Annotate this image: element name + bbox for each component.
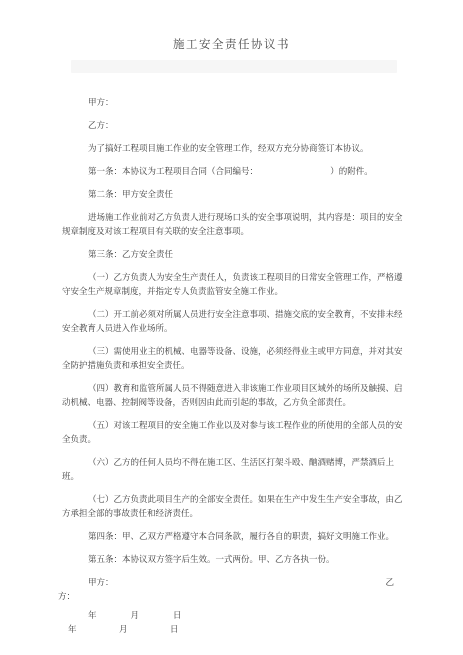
paragraph: （五）对该工程项目的安全施工作业以及对参与该工程作业的所使用的全部人员的安全负责… bbox=[62, 418, 408, 446]
paragraph: 第三条：乙方安全责任 bbox=[62, 247, 408, 261]
paragraph: （六）乙方的任何人员均不得在施工区、生活区打架斗殴、酗酒赌博，严禁酒后上班。 bbox=[62, 455, 408, 483]
signature-row: 甲方： 乙 bbox=[62, 575, 408, 589]
signature-block: 甲方： 乙 方： 年 月 日 年 月 日 bbox=[62, 575, 408, 636]
party-b-signature-label-wrapped-start: 乙 bbox=[385, 575, 394, 589]
document-title: 施工安全责任协议书 bbox=[0, 38, 463, 53]
paragraph: （四）教育和监管所属人员不得随意进入非该施工作业项目区域外的场所及触摸、启动机械… bbox=[62, 381, 408, 409]
paragraph: 为了搞好工程项目施工作业的安全管理工作，经双方充分协商签订本协议。 bbox=[62, 141, 408, 155]
paragraph: 第四条：甲、乙双方严格遵守本合同条款，履行各自的职责，搞好文明施工作业。 bbox=[62, 529, 408, 543]
party-b-signature-label-wrapped-end: 方： bbox=[58, 589, 408, 603]
paragraph: （七）乙方负责此项目生产的全部安全责任。如果在生产中发生生产安全事故，由乙方承担… bbox=[62, 492, 408, 520]
paragraph: 第二条：甲方安全责任 bbox=[62, 187, 408, 201]
date-line-party-b: 年 月 日 bbox=[62, 622, 408, 636]
paragraph: 第一条：本协议为工程项目合同（合同编号： ）的附件。 bbox=[62, 164, 408, 178]
paragraph: （一）乙方负责人为安全生产责任人，负责该工程项目的日常安全管理工作，严格遵守安全… bbox=[62, 270, 408, 298]
paragraph: 第五条：本协议双方签字后生效。一式两份。甲、乙方各执一份。 bbox=[62, 552, 408, 566]
paragraph: 甲方： bbox=[62, 95, 408, 109]
date-line-party-a: 年 月 日 bbox=[62, 608, 408, 622]
paragraph: （二）开工前必须对所属人员进行安全注意事项、措施交底的安全教育，不安排未经安全教… bbox=[62, 307, 408, 335]
paragraph: （三）需使用业主的机械、电器等设备、设施，必须经得业主或甲方同意，并对其安全防护… bbox=[62, 344, 408, 372]
document-page: 施工安全责任协议书 甲方： 乙方： 为了搞好工程项目施工作业的安全管理工作，经双… bbox=[0, 0, 463, 655]
document-body: 甲方： 乙方： 为了搞好工程项目施工作业的安全管理工作，经双方充分协商签订本协议… bbox=[62, 95, 408, 566]
title-highlight-bar bbox=[71, 60, 397, 73]
party-a-signature-label: 甲方： bbox=[62, 575, 114, 589]
paragraph: 进场施工作业前对乙方负责人进行现场口头的安全事项说明，其内容是：项目的安全规章制… bbox=[62, 210, 408, 238]
paragraph: 乙方： bbox=[62, 118, 408, 132]
